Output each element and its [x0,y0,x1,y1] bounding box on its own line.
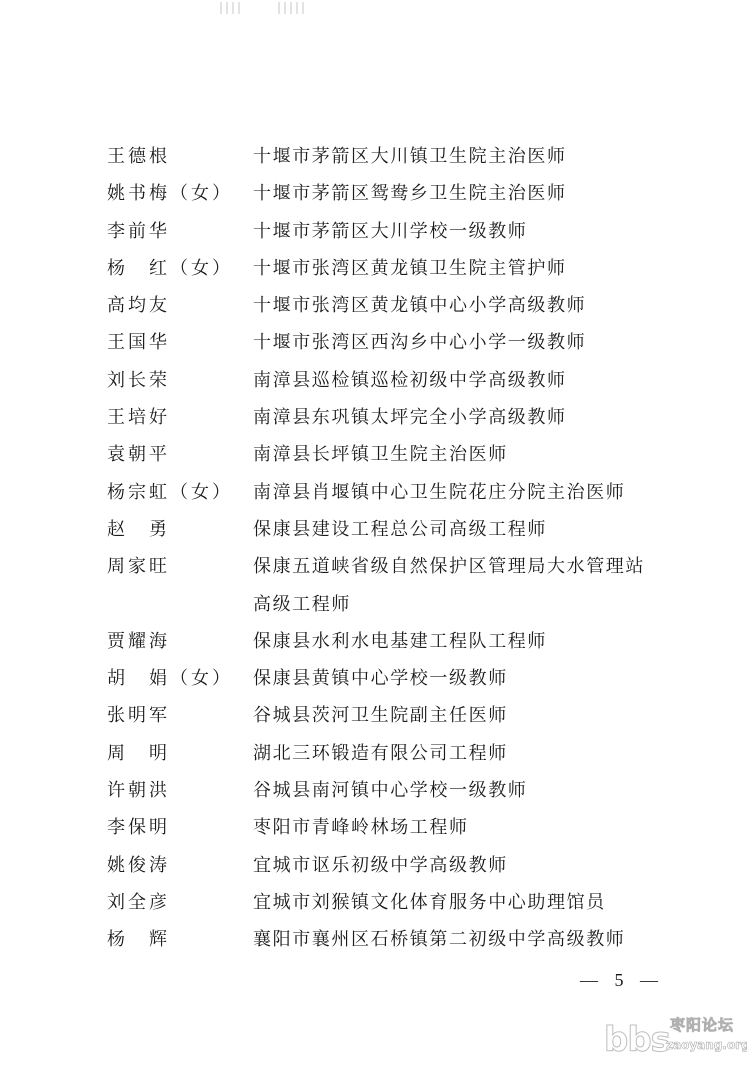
list-item: 李前华十堰市茅箭区大川学校一级教师 [0,213,747,250]
person-title: 南漳县巡检镇巡检初级中学高级教师 [253,362,567,399]
list-item: 杨 红（女）十堰市张湾区黄龙镇卫生院主管护师 [0,250,747,287]
person-name: 许朝洪 [107,772,170,809]
person-title: 十堰市茅箭区鸳鸯乡卫生院主治医师 [253,175,567,212]
person-name: 李前华 [107,213,170,250]
person-title: 南漳县肖堰镇中心卫生院花庄分院主治医师 [253,474,625,511]
person-title: 保康县水利水电基建工程队工程师 [253,623,547,660]
person-name: 王国华 [107,324,170,361]
person-title: 南漳县长坪镇卫生院主治医师 [253,436,508,473]
person-title: 保康县黄镇中心学校一级教师 [253,660,508,697]
list-item: 周 明湖北三环锻造有限公司工程师 [0,735,747,772]
person-title: 谷城县南河镇中心学校一级教师 [253,772,527,809]
scan-residue-mark [220,2,242,14]
list-item: 贾耀海保康县水利水电基建工程队工程师 [0,623,747,660]
person-name: 刘长荣 [107,362,170,399]
person-name: 杨宗虹（女） [107,474,233,511]
person-name: 姚俊涛 [107,847,170,884]
list-item: 胡 娟（女）保康县黄镇中心学校一级教师 [0,660,747,697]
site-watermark: bbs 枣阳论坛 zaoyang.org [604,1012,747,1062]
person-name: 杨 红（女） [107,250,233,287]
person-name: 刘全彦 [107,884,170,921]
person-name: 杨 辉 [107,921,170,958]
list-item: 周家旺保康五道峡省级自然保护区管理局大水管理站 [0,548,747,585]
person-name: 张明军 [107,697,170,734]
person-name: 胡 娟（女） [107,660,233,697]
name-list: 王德根十堰市茅箭区大川镇卫生院主治医师 姚书梅（女）十堰市茅箭区鸳鸯乡卫生院主治… [0,138,747,959]
person-name: 贾耀海 [107,623,170,660]
person-title: 宜城市讴乐初级中学高级教师 [253,847,508,884]
person-title: 宜城市刘猴镇文化体育服务中心助理馆员 [253,884,606,921]
person-title: 高级工程师 [253,586,351,623]
watermark-brand: bbs [604,1020,670,1060]
watermark-domain: zaoyang.org [666,1038,747,1052]
person-title: 十堰市茅箭区大川镇卫生院主治医师 [253,138,567,175]
person-title: 湖北三环锻造有限公司工程师 [253,735,508,772]
list-item: 李保明枣阳市青峰岭林场工程师 [0,809,747,846]
person-name: 李保明 [107,809,170,846]
person-name: 王培好 [107,399,170,436]
list-item: 王国华十堰市张湾区西沟乡中心小学一级教师 [0,324,747,361]
person-title: 谷城县茨河卫生院副主任医师 [253,697,508,734]
list-item: 高均友十堰市张湾区黄龙镇中心小学高级教师 [0,287,747,324]
person-name: 周家旺 [107,548,170,585]
person-title: 枣阳市青峰岭林场工程师 [253,809,469,846]
person-name: 王德根 [107,138,170,175]
person-name: 赵 勇 [107,511,170,548]
person-name: 袁朝平 [107,436,170,473]
list-item: 刘长荣南漳县巡检镇巡检初级中学高级教师 [0,362,747,399]
list-item: 杨 辉襄阳市襄州区石桥镇第二初级中学高级教师 [0,921,747,958]
person-title: 十堰市张湾区西沟乡中心小学一级教师 [253,324,586,361]
list-item: 王德根十堰市茅箭区大川镇卫生院主治医师 [0,138,747,175]
page-number: — 5 — [580,970,664,991]
person-name: 周 明 [107,735,170,772]
scan-residue-mark [278,2,308,14]
person-title: 保康县建设工程总公司高级工程师 [253,511,547,548]
list-item: 袁朝平南漳县长坪镇卫生院主治医师 [0,436,747,473]
list-item: 张明军谷城县茨河卫生院副主任医师 [0,697,747,734]
list-item: 姚俊涛宜城市讴乐初级中学高级教师 [0,847,747,884]
person-title: 十堰市张湾区黄龙镇中心小学高级教师 [253,287,586,324]
list-item: 王培好南漳县东巩镇太坪完全小学高级教师 [0,399,747,436]
person-title: 十堰市茅箭区大川学校一级教师 [253,213,527,250]
person-title: 南漳县东巩镇太坪完全小学高级教师 [253,399,567,436]
person-title: 襄阳市襄州区石桥镇第二初级中学高级教师 [253,921,625,958]
list-item: 刘全彦宜城市刘猴镇文化体育服务中心助理馆员 [0,884,747,921]
watermark-site-name: 枣阳论坛 [670,1014,734,1035]
person-title: 保康五道峡省级自然保护区管理局大水管理站 [253,548,645,585]
list-item: 姚书梅（女）十堰市茅箭区鸳鸯乡卫生院主治医师 [0,175,747,212]
person-name: 姚书梅（女） [107,175,233,212]
list-item: 许朝洪谷城县南河镇中心学校一级教师 [0,772,747,809]
list-item-continuation: 高级工程师 [0,586,747,623]
person-title: 十堰市张湾区黄龙镇卫生院主管护师 [253,250,567,287]
list-item: 杨宗虹（女）南漳县肖堰镇中心卫生院花庄分院主治医师 [0,474,747,511]
list-item: 赵 勇保康县建设工程总公司高级工程师 [0,511,747,548]
person-name: 高均友 [107,287,170,324]
